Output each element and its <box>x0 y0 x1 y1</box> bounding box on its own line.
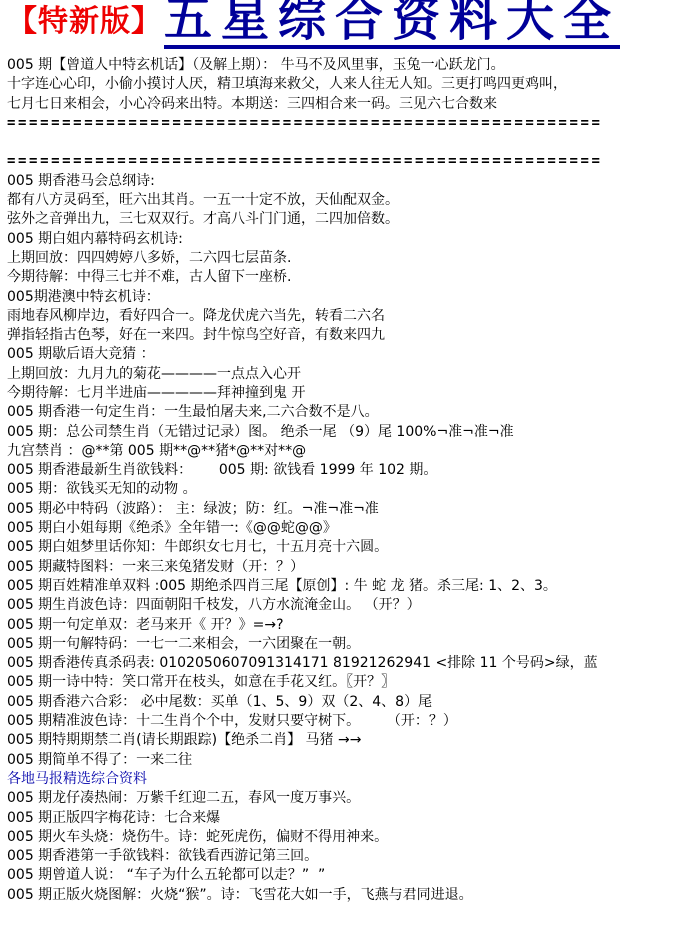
text-line: 005 期白姐内幕特码玄机诗: <box>7 230 690 249</box>
page-header: 【特新版】 五星综合资料大全 <box>7 0 690 49</box>
text-line: 005 期一诗中特：笑口常开在枝头，如意在手花又红。〖开？〗 <box>7 673 690 692</box>
text-line: 005 期正版四字梅花诗：七合来爆 <box>7 809 690 828</box>
content-lines: 005 期【曾道人中特玄机话】（及解上期）： 牛马不及风里事，玉兔一心跃龙门。十… <box>7 56 690 905</box>
text-line: 005 期：总公司禁生肖（无错过记录）图。 绝杀一尾 （9）尾 100%¬准¬准… <box>7 423 690 442</box>
text-line: 上期回放：九月九的菊花————一点点入心开 <box>7 365 690 384</box>
text-line: 005 期火车头烧：烧伤牛。诗：蛇死虎伤，偏财不得用神来。 <box>7 828 690 847</box>
text-line: 雨地春风柳岸边，看好四合一。降龙伏虎六当先，转看二六名 <box>7 307 690 326</box>
text-line: 005 期曾道人说： “车子为什么五轮都可以走？” ” <box>7 866 690 885</box>
edition-badge: 【特新版】 <box>7 0 162 49</box>
text-line: 七月七日来相会，小心冷码来出特。本期送：三四相合来一码。三见六七合数来 <box>7 95 690 114</box>
text-line: 005 期精准波色诗：十二生肖个个中，发财只要守树下。 （开：？） <box>7 712 690 731</box>
text-line: 今期待解：七月半进庙—————拜神撞到鬼 开 <box>7 384 690 403</box>
separator-line: ========================================… <box>7 152 690 171</box>
text-line: 005 期一句解特码：一七一二来相会，一六团聚在一朝。 <box>7 635 690 654</box>
text-line: 005 期香港最新生肖欲钱料： 005 期: 欲钱看 1999 年 102 期。 <box>7 461 690 480</box>
text-line: 005 期白小姐每期《绝杀》全年错一:《@@蛇@@》 <box>7 519 690 538</box>
text-line: 上期回放：四四娉婷八多娇，二六四七层苗条. <box>7 249 690 268</box>
text-line: 005 期香港一句定生肖：一生最怕屠夫来,二六合数不是八。 <box>7 403 690 422</box>
text-line: 十字连心心印，小偷小摸讨人厌，精卫填海来救父，人来人往无人知。三更打鸣四更鸡叫， <box>7 75 690 94</box>
text-line: 005 期一句定单双：老马来开《 开？》=→? <box>7 616 690 635</box>
text-line: 005 期歇后语大竞猜 ： <box>7 345 690 364</box>
text-line: 005 期生肖波色诗：四面朝阳千枝发，八方水流淹金山。 （开？） <box>7 596 690 615</box>
text-line: 005 期必中特码（波路）： 主：绿波；防：红。¬准¬准¬准 <box>7 500 690 519</box>
text-line: 005 期正版火烧图解：火烧“猴”。诗：飞雪花大如一手，飞燕与君同进退。 <box>7 886 690 905</box>
text-line: 005 期特期期禁二肖(请长期跟踪)【绝杀二肖】 马猪 →→ <box>7 731 690 750</box>
text-line: 005 期：欲钱买无知的动物 。 <box>7 480 690 499</box>
text-line: 九宫禁肖 ：@**第 005 期**@**猪*@**对**@ <box>7 442 690 461</box>
text-line: 005 期香港马会总纲诗: <box>7 172 690 191</box>
section-heading: 各地马报精选综合资料 <box>7 770 690 789</box>
text-line: 弦外之音弹出九，三七双双行。才高八斗门门通，二四加倍数。 <box>7 210 690 229</box>
text-line: 005 期香港六合彩： 必中尾数：买单（1、5、9）双（2、4、8）尾 <box>7 693 690 712</box>
text-line: 005 期龙仔凑热闹：万紫千红迎二五，春风一度万事兴。 <box>7 789 690 808</box>
text-line: 005 期香港传真杀码表: 0102050607091314171 819212… <box>7 654 690 673</box>
text-line: 005 期【曾道人中特玄机话】（及解上期）： 牛马不及风里事，玉兔一心跃龙门。 <box>7 56 690 75</box>
page-title-link[interactable]: 五星综合资料大全 <box>164 0 620 49</box>
text-line: 005 期白姐梦里话你知：牛郎织女七月七，十五月亮十六圆。 <box>7 538 690 557</box>
text-line: 005期港澳中特玄机诗： <box>7 288 690 307</box>
text-line: 005 期香港第一手欲钱料：欲钱看西游记第三回。 <box>7 847 690 866</box>
separator-line: ========================================… <box>7 114 690 133</box>
lottery-info-page: 【特新版】 五星综合资料大全 005 期【曾道人中特玄机话】（及解上期）： 牛马… <box>0 0 690 905</box>
text-line: 弹指轻指古色琴，好在一来四。封牛惊鸟空好音，有数来四九 <box>7 326 690 345</box>
text-line: 005 期百姓精准单双料 :005 期绝杀四肖三尾【原创】: 牛 蛇 龙 猪。杀… <box>7 577 690 596</box>
text-line: 005 期藏特图料：一来三来兔猪发财（开：？） <box>7 558 690 577</box>
blank-line <box>7 133 690 152</box>
text-line: 今期待解：中得三七并不难，古人留下一座桥. <box>7 268 690 287</box>
text-line: 都有八方灵码至，旺六出其肖。一五一十定不放，天仙配双金。 <box>7 191 690 210</box>
text-line: 005 期简单不得了：一来二往 <box>7 751 690 770</box>
